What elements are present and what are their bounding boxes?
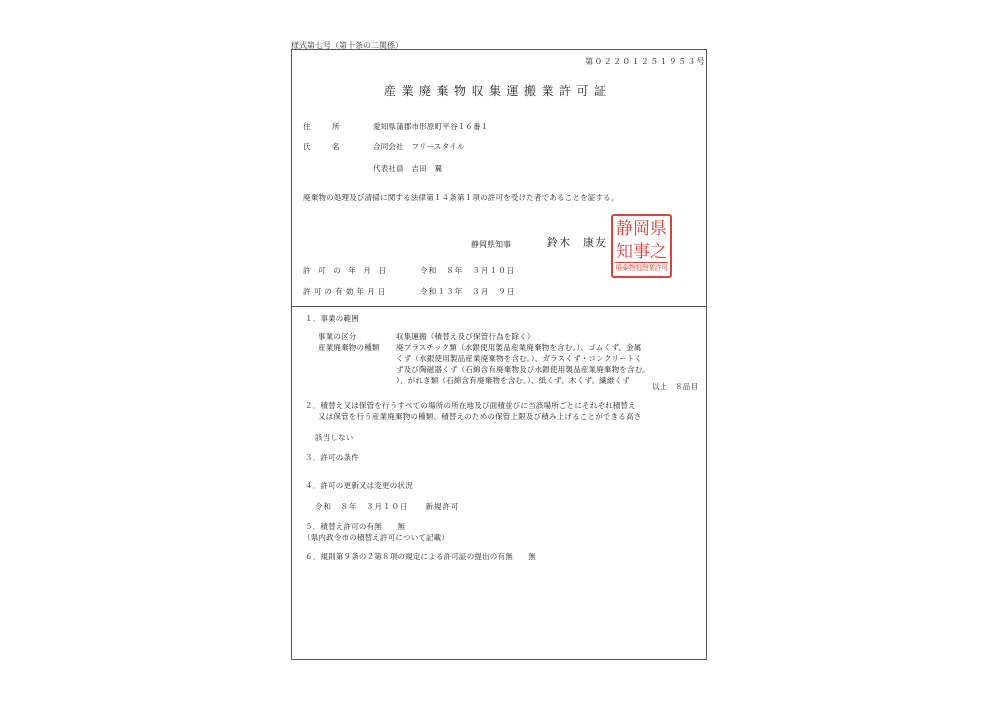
permit-date-value: 令和 ８年 ３月１０日 [420, 265, 516, 276]
issuer-name: 鈴木 康友 [547, 234, 607, 250]
seal-char: 静 [616, 218, 633, 241]
representative: 代表社員 吉田 翼 [373, 163, 442, 174]
section-divider [291, 306, 707, 307]
section-2-heading-cont: 又は保管を行う産業廃棄物の種類、積替えのための保管上限及び積み上げることができる… [318, 411, 641, 422]
waste-types-line: ず及び陶磁器くず（石綿含有廃棄物及び水銀使用製品産業廃棄物を含む。 [396, 364, 650, 375]
certification-text: 廃棄物の処理及び清掃に関する法律第１４条第１項の許可を受けた者であることを証する… [303, 192, 619, 203]
waste-types-count: 以上 ８品目 [652, 381, 698, 392]
waste-types-line: ）、がれき類（石綿含有廃棄物を含む。）、紙くず、木くず、繊維くず [396, 375, 630, 386]
name-value: 合同会社 フリースタイル [373, 141, 465, 152]
seal-char: 知 [616, 241, 633, 264]
section-5-heading: ５．積替え許可の有無 無 [305, 521, 405, 532]
section-4-value: 令和 ８年 ３月１０日 新規許可 [315, 501, 460, 512]
business-category-value: 収集運搬（積替え及び保管行為を除く） [396, 331, 535, 342]
section-2-value: 該当しない [315, 432, 354, 443]
address-label: 住 所 [303, 121, 347, 132]
seal-band: 廃棄物処理業許可証之印 [615, 262, 668, 274]
section-1-heading: １．事業の範囲 [305, 313, 359, 324]
section-2-heading: ２．積替え又は保管を行うすべての場所の所在地及び面積並びに当該場所ごとにそれぞれ… [305, 400, 636, 411]
official-seal: 静 岡 県 知 事 之 廃棄物処理業許可証之印 [611, 214, 672, 278]
seal-char: 事 [633, 241, 650, 264]
section-5-note: （県内政令市の積替え許可について記載） [303, 532, 449, 543]
name-label: 氏 名 [303, 141, 347, 152]
issuer-title: 静岡県知事 [471, 239, 511, 250]
section-4-heading: ４．許可の更新又は変更の状況 [305, 480, 413, 491]
waste-types-line: 廃プラスチック類（水銀使用製品産業廃棄物を含む。）、ゴムくず、金属 [396, 342, 641, 353]
seal-char: 岡 [633, 218, 650, 241]
section-3-heading: ３．許可の条件 [305, 452, 359, 463]
permit-date-label: 許可の年月日 [303, 265, 394, 276]
expiry-value: 令和１３年 ３月 ９日 [420, 286, 516, 297]
document-title: 産業廃棄物収集運搬業許可証 [384, 82, 612, 99]
serial-number: 第０２２０１２５１９５３号 [585, 56, 706, 67]
address-value: 愛知県蒲郡市形原町平谷１６番１ [373, 121, 489, 132]
waste-types-line: くず（水銀使用製品産業廃棄物を含む。）、ガラスくず・コンクリートく [396, 353, 642, 364]
waste-types-label: 産業廃棄物の種類 [318, 342, 380, 353]
seal-char: 県 [650, 218, 667, 241]
section-6-heading: ６．規則第９条の２第８項の規定による許可証の提出の有無 無 [305, 551, 536, 562]
business-category-label: 事業の区分 [318, 331, 357, 342]
seal-char: 之 [650, 241, 667, 264]
expiry-label: 許可の有効年月日 [303, 286, 389, 297]
